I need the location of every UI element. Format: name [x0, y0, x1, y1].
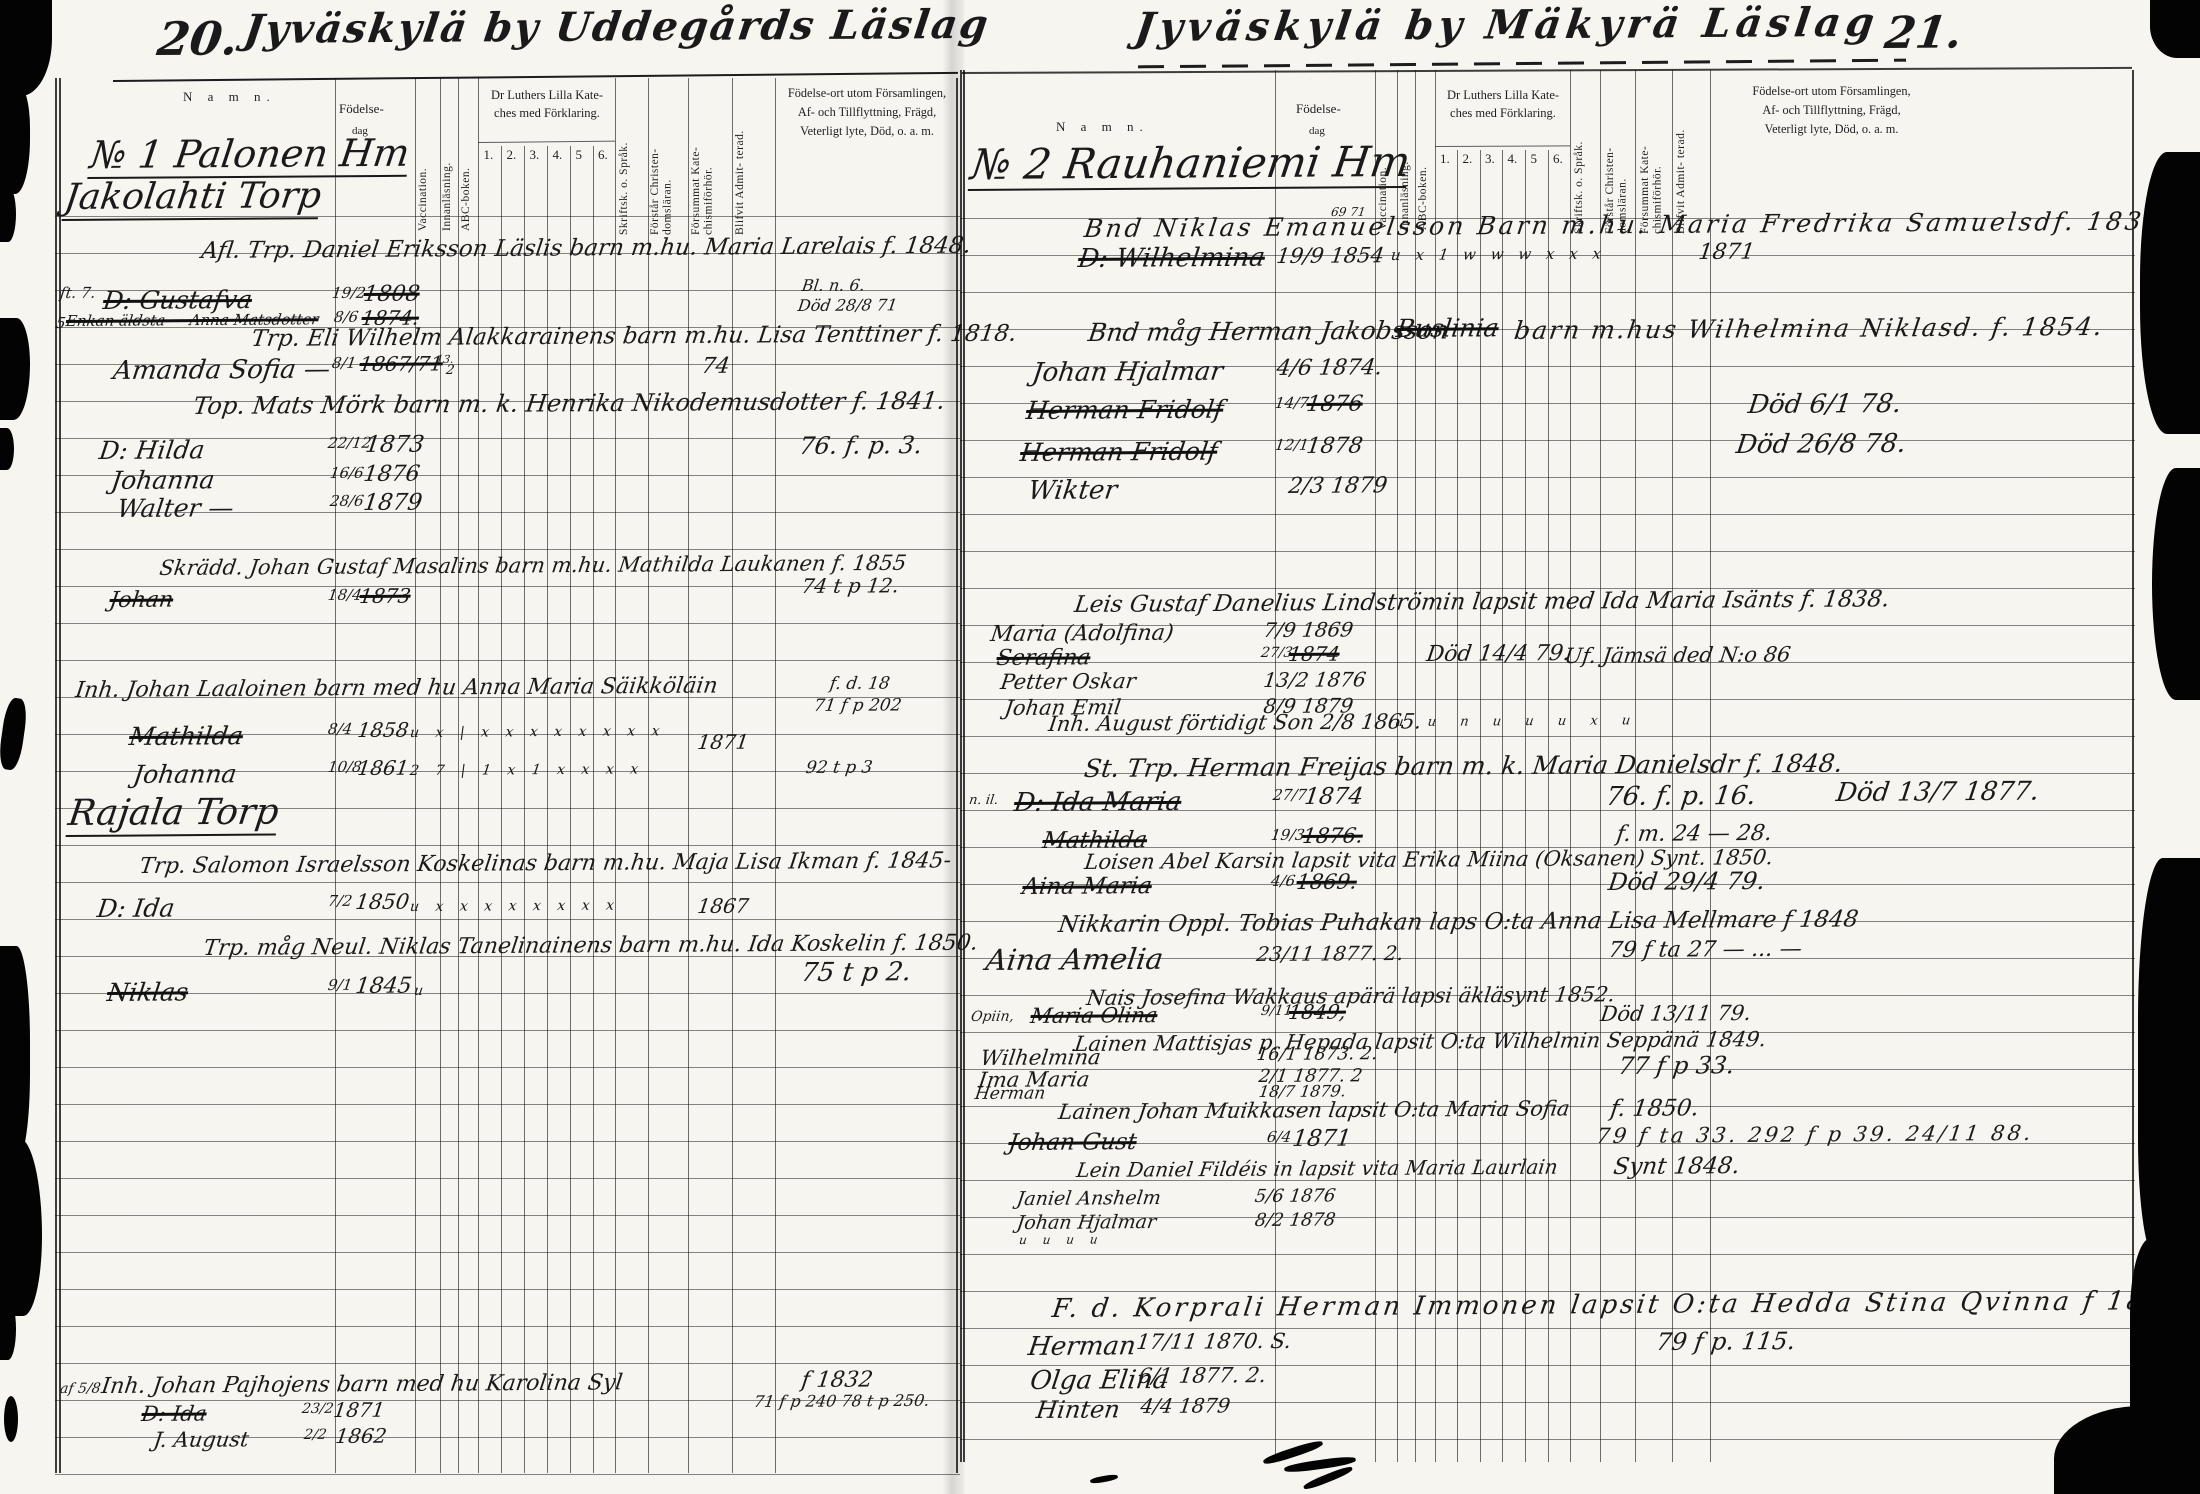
handwritten-entry: 5/6 1876 [1254, 1187, 1337, 1206]
scan-artifact [4, 1396, 18, 1442]
page-number: 20. [155, 15, 241, 62]
handwritten-entry: Top. Mats Mörk barn m. k. Henrika Nikode… [192, 389, 947, 418]
scanned-register-spread: 20. Jyväskylä by Uddegårds Läslag N a m … [0, 0, 2200, 1494]
column-header-blifvit: Blifvit Admit- terad. [734, 93, 772, 235]
handwritten-entry: Inh. Johan Pajhojens barn med hu Karolin… [100, 1372, 624, 1398]
handwritten-entry: D: Ida Maria [1013, 789, 1184, 816]
handwritten-entry: Herman Fridolf [1025, 397, 1225, 423]
handwritten-entry: Död 13/11 79. [1599, 1003, 1752, 1025]
handwritten-entry: Uf. Jämsä ded N:o 86 [1563, 644, 1792, 667]
handwritten-entry: 79 f p. 115. [1655, 1329, 1797, 1354]
handwritten-entry: 71 f p 240 78 t p 250. [753, 1393, 931, 1410]
handwritten-entry: Afl. Trp. Daniel Eriksson Läslis barn m.… [200, 235, 972, 263]
katekes-line: Dr Luthers Lilla Kate- [1436, 86, 1570, 104]
handwritten-entry: 74 [700, 356, 731, 378]
handwritten-entry: Skrädd. Johan Gustaf Masalins barn m.hu.… [158, 553, 907, 579]
handwritten-entry: Niklas [106, 979, 190, 1005]
handwritten-entry: Leis Gustaf Danelius Lindströmin lapsit … [1073, 588, 1891, 617]
page-title: Jyväskylä by Uddegårds Läslag [242, 5, 992, 50]
luthers-sub-rule [478, 141, 615, 143]
handwritten-entry: Bnd Niklas Emanuelsson Barn m.hu. Maria … [1083, 208, 2200, 241]
handwritten-entry: Johanna [132, 761, 239, 787]
scan-artifact [0, 84, 30, 194]
katekes-col-number: 5 [576, 148, 583, 163]
column-header-fodelse-dag: dag [1309, 125, 1325, 138]
handwritten-entry: 16/6 [329, 466, 365, 481]
handwritten-entry: u [413, 984, 424, 998]
handwritten-entry: 1878 [1305, 436, 1364, 458]
handwritten-entry: 2 [445, 364, 455, 377]
handwritten-entry: 76. f. p. 16. [1605, 783, 1758, 810]
grid-line [1548, 150, 1549, 1462]
handwritten-entry: Herman [974, 1086, 1047, 1103]
handwritten-entry: 4/6 [1270, 874, 1296, 889]
handwritten-entry: 19/9 1854 [1275, 245, 1385, 267]
column-header-namn: N a m n. [1056, 120, 1149, 135]
handwritten-entry: Jakolahti Torp [62, 178, 324, 221]
katekes-line: ches med Förklaring. [479, 104, 615, 122]
handwritten-entry: 1874 [1303, 786, 1365, 809]
handwritten-entry: u x x x x x x x x [409, 899, 621, 914]
column-header-forsummat: Försummat Kate- chismiförhör. [690, 93, 730, 235]
anm-line: Födelse-ort utom Församlingen, [777, 84, 957, 103]
scan-artifact [2138, 858, 2200, 1260]
grid-line [963, 70, 965, 1462]
handwritten-entry: 2/3 1879 [1287, 475, 1388, 498]
handwritten-entry: Inh. Johan Laaloinen barn med hu Anna Ma… [74, 676, 719, 702]
katekes-col-number: 1. [484, 148, 494, 163]
handwritten-entry: 16/1 1873. 2. [1256, 1045, 1379, 1064]
grid-line [1480, 150, 1481, 1462]
handwritten-entry: 1876. [1301, 826, 1364, 847]
handwritten-entry: 4/4 1879 [1139, 1395, 1231, 1416]
scan-artifact [0, 428, 14, 470]
handwritten-entry: Lein Daniel Fildéis in lapsit vita Maria… [1075, 1157, 1559, 1180]
handwritten-entry: Död 26/8 78. [1735, 431, 1908, 458]
handwritten-entry: 1871 [1697, 242, 1756, 264]
handwritten-entry: 74 t p 12. [800, 575, 900, 596]
handwritten-entry: 69 71 [1330, 206, 1366, 218]
page-title: Jyväskylä by Mäkyrä Läslag [1133, 3, 1882, 48]
handwritten-entry: D: Hilda [98, 437, 207, 463]
scan-artifact [0, 318, 30, 420]
handwritten-entry: 19/3 [1270, 828, 1306, 843]
column-header-anmarkningar: Födelse-ort utom Församlingen,Af- och Ti… [1714, 82, 1949, 139]
handwritten-entry: 9/1 [327, 978, 353, 993]
column-header-innanlasning: Innanläsning. [441, 93, 454, 231]
handwritten-entry: Trp. Salomon Israelsson Koskelinas barn … [138, 850, 952, 878]
handwritten-entry: Wikter [1027, 477, 1119, 504]
handwritten-entry: 1871 [332, 1400, 386, 1420]
scan-artifact [0, 1298, 16, 1360]
katekes-col-number: 2. [1463, 152, 1473, 167]
handwritten-entry: 1808 [362, 284, 421, 306]
katekes-col-number: 1. [1440, 152, 1450, 167]
handwritten-entry: n. il. [968, 794, 999, 807]
handwritten-entry: Petter Oskar [999, 671, 1137, 693]
handwritten-entry: 1871 [1291, 1128, 1353, 1151]
column-header-vaccination: Vaccination. [417, 93, 430, 231]
handwritten-entry: Maria Olina [1029, 1005, 1159, 1027]
handwritten-entry: Wilhelmina [979, 1047, 1102, 1069]
handwritten-entry: 1873 [364, 434, 426, 457]
handwritten-entry: af 5/8 [59, 1382, 101, 1396]
grid-line [55, 78, 57, 1473]
grid-line [1525, 150, 1526, 1462]
handwritten-entry: Herman Fridolf [1019, 439, 1219, 465]
grid-line [775, 78, 776, 1473]
handwritten-entry: Johan [108, 590, 175, 612]
handwritten-entry: 19/2 [331, 286, 367, 301]
handwritten-entry: Död 28/8 71 [797, 297, 898, 314]
column-header-namn: N a m n. [183, 90, 276, 105]
handwritten-entry: ft. 7. [59, 286, 96, 301]
handwritten-entry: D: Wilhelmina [1077, 245, 1267, 272]
handwritten-entry: u x | x x x x x x x x [409, 724, 666, 740]
handwritten-entry: Maria (Adolfina) [989, 623, 1175, 646]
handwritten-entry: 1879 [362, 492, 424, 515]
anm-line: Af- och Tillflyttning, Frägd, [1714, 101, 1949, 120]
handwritten-entry: barn m.hus Wilhelmina Niklasd. f. 1854. [1513, 314, 2106, 343]
handwritten-entry: 4/6 1874. [1275, 357, 1383, 380]
handwritten-entry: 23/2 [301, 1402, 334, 1416]
title-underline [1138, 59, 1906, 68]
column-header-fodelse: Födelse- [1296, 102, 1341, 117]
handwritten-entry: Rajala Torp [66, 795, 281, 837]
handwritten-entry: Nikkarin Oppl. Tobias Puhakan laps O:ta … [1057, 908, 1860, 937]
grid-line [732, 78, 733, 1473]
handwritten-entry: № 2 Rauhaniemi Hm [968, 141, 1413, 191]
handwritten-entry: 27/7 [1272, 788, 1308, 803]
left-page: 20. Jyväskylä by Uddegårds Läslag N a m … [55, 0, 960, 1494]
handwritten-entry: 8/2 1878 [1254, 1211, 1337, 1230]
handwritten-entry: 6/4 [1266, 1130, 1292, 1145]
handwritten-entry: 8/4 [327, 722, 353, 737]
grid-line [1457, 150, 1458, 1462]
handwritten-entry: St. Trp. Herman Freijas barn m. k. Maria… [1083, 751, 1845, 781]
handwritten-entry: f. 1850. [1609, 1097, 1700, 1121]
handwritten-entry: Trp. Eli Wilhelm Alakkarainens barn m.hu… [250, 323, 1018, 351]
handwritten-entry: 2 7 | 1 x 1 x x x x [409, 762, 645, 778]
column-header-katekes: Dr Luthers Lilla Kate-ches med Förklarin… [1436, 86, 1570, 122]
handwritten-entry: 79 f ta 33. 292 f p 39. 24/11 88. [1595, 1123, 2035, 1147]
handwritten-entry: Aina Amelia [984, 945, 1165, 975]
column-header-abc: ABC-boken. [1417, 92, 1430, 230]
anm-line: Af- och Tillflyttning, Frägd, [777, 103, 957, 122]
handwritten-entry: Lainen Johan Muikkasen lapsit O:ta Maria… [1057, 1098, 1571, 1123]
handwritten-entry: Walter — [116, 495, 236, 521]
handwritten-entry: Johanna [110, 467, 217, 493]
handwritten-entry: 23/11 1877. 2. [1255, 943, 1405, 964]
scan-artifact [0, 697, 29, 771]
page-number: 21. [1882, 11, 1965, 56]
scan-artifact [0, 946, 30, 1158]
handwritten-entry: 92 t p 3 [805, 760, 874, 777]
handwritten-entry: 1869. [1295, 872, 1358, 893]
scan-artifact [0, 1138, 42, 1316]
katekes-col-number: 5 [1531, 152, 1538, 167]
handwritten-entry: Johan Hjalmar [1015, 1213, 1157, 1233]
handwritten-entry: D: Gustafva [102, 287, 254, 313]
handwritten-entry: 1861 [356, 758, 410, 778]
scan-artifact [2152, 468, 2200, 700]
katekes-line: ches med Förklaring. [1436, 104, 1570, 122]
handwritten-entry: 28/6 [329, 494, 365, 509]
handwritten-entry: 13/2 1876 [1262, 669, 1367, 690]
handwritten-entry: 75 t p 2. [800, 959, 913, 986]
anm-line: Veterligt lyte, Död, o. a. m. [777, 122, 957, 141]
column-header-forstar: Förstår Christen- domsläran. [649, 93, 685, 235]
handwritten-entry: 6/1 1877. 2. [1137, 1365, 1267, 1387]
handwritten-entry: 1862 [334, 1426, 388, 1446]
handwritten-entry: f. d. 18 [829, 676, 891, 693]
handwritten-entry: 17/11 1870. S. [1135, 1331, 1292, 1353]
katekes-col-number: 4. [553, 148, 563, 163]
column-header-skriftskola: Skriftsk. o. Språk. [618, 93, 631, 235]
header-top-rule [113, 72, 958, 82]
handwritten-entry: Johan Hjalmar [1031, 359, 1225, 386]
handwritten-entry: Bl. n. 6. [801, 278, 866, 294]
handwritten-entry: Mathilda [128, 723, 245, 749]
handwritten-entry: u u n u u u x u [1394, 714, 1641, 729]
handwritten-entry: 1845 [354, 976, 413, 998]
handwritten-entry: Död 29/4 79. [1607, 869, 1767, 894]
handwritten-entry: Död 13/7 1877. [1835, 779, 2041, 806]
handwritten-entry: J. August [152, 1429, 250, 1451]
katekes-col-number: 4. [1508, 152, 1518, 167]
handwritten-entry: Nais Josefina Wakkaus apärä lapsi äkläsy… [1085, 984, 1616, 1009]
handwritten-entry: 1849, [1287, 1002, 1347, 1022]
column-header-anmarkningar: Födelse-ort utom Församlingen,Af- och Ti… [777, 84, 957, 141]
scan-artifact [0, 186, 16, 242]
handwritten-entry: D: Ida [140, 1404, 208, 1425]
handwritten-entry: Herman [1027, 1333, 1138, 1360]
right-page: 21. Jyväskylä by Mäkyrä Läslag N a m n.F… [960, 0, 2135, 1494]
handwritten-entry: Johan Gust [1007, 1131, 1138, 1155]
handwritten-entry: 1858 [356, 720, 410, 740]
handwritten-entry: Död 6/1 78. [1747, 391, 1903, 418]
scan-artifact [2140, 152, 2200, 434]
handwritten-entry: Aina Maria [1021, 875, 1153, 899]
anm-line: Födelse-ort utom Församlingen, [1714, 82, 1949, 101]
handwritten-entry: 8/1 [331, 356, 357, 371]
handwritten-entry: 18/4 [327, 588, 363, 603]
anm-line: Veterligt lyte, Död, o. a. m. [1714, 120, 1949, 139]
katekes-line: Dr Luthers Lilla Kate- [479, 86, 615, 104]
handwritten-entry: 1874 [1287, 644, 1341, 664]
handwritten-entry: 7/2 [327, 894, 353, 909]
handwritten-entry: Inh. August förtidigt Son 2/8 1865. [1047, 711, 1423, 735]
luthers-sub-rule [1435, 145, 1570, 147]
handwritten-entry: 79 f ta 27 — ... — [1607, 939, 1803, 962]
grid-line [1502, 150, 1503, 1462]
grid-line [960, 70, 962, 1462]
grid-line [648, 78, 649, 1473]
handwritten-entry: Opiin, [970, 1010, 1015, 1024]
handwritten-entry: 14/7 [1274, 396, 1310, 411]
scan-artifact [2150, 0, 2200, 58]
katekes-col-number: 3. [530, 148, 540, 163]
handwritten-entry: Hinten [1035, 1397, 1122, 1422]
grid-line [2132, 70, 2134, 1462]
handwritten-entry: Trp. måg Neul. Niklas Tanelinainens barn… [202, 933, 979, 960]
handwritten-entry: f 1832 [800, 1370, 874, 1392]
handwritten-entry: 77 f p 33. [1617, 1053, 1736, 1078]
header-top-rule [962, 67, 2132, 74]
handwritten-entry: 1867/71 [358, 353, 444, 374]
handwritten-entry: Buslinia [1395, 315, 1501, 341]
grid-line [688, 78, 689, 1473]
handwritten-entry: 1850 [354, 892, 410, 913]
column-header-fodelse: Födelse- [339, 102, 384, 117]
handwritten-entry: 8/6 [333, 310, 359, 325]
katekes-col-number: 6. [1553, 152, 1563, 167]
handwritten-entry: F. d. Korprali Herman Immonen lapsit O:t… [1051, 1288, 2188, 1322]
handwritten-entry: 1876 [362, 464, 421, 486]
handwritten-entry: Janiel Anshelm [1015, 1189, 1162, 1209]
handwritten-entry: 1871 [696, 732, 750, 752]
handwritten-entry: 76. f. p. 3. [798, 433, 924, 458]
handwritten-entry: 2/2 [303, 1428, 327, 1442]
handwritten-entry: 7/9 1869 [1262, 619, 1354, 640]
handwritten-entry: 1876 [1305, 394, 1364, 416]
handwritten-entry: u x 1 w w w x x x [1390, 247, 1607, 263]
column-header-katekes: Dr Luthers Lilla Kate-ches med Förklarin… [479, 86, 615, 122]
handwritten-entry: Serafina [995, 647, 1092, 670]
katekes-col-number: 2. [507, 148, 517, 163]
handwritten-entry: 1873 [358, 586, 412, 606]
handwritten-entry: Amanda Sofia — [112, 356, 332, 384]
handwritten-entry: 71 f p 202 [813, 697, 903, 715]
katekes-col-number: 6. [598, 148, 608, 163]
katekes-col-number: 3. [1485, 152, 1495, 167]
handwritten-entry: № 1 Palonen Hm [87, 134, 412, 179]
handwritten-entry: u u u u [1018, 1233, 1104, 1246]
handwritten-entry: D: Ida [96, 895, 177, 921]
handwritten-entry: 12/1 [1274, 438, 1310, 453]
handwritten-entry: Synt 1848. [1612, 1155, 1741, 1179]
column-header-abc: ABC-boken. [460, 93, 473, 231]
handwritten-entry: Död 14/4 79. [1425, 643, 1571, 666]
handwritten-entry: 1867 [696, 896, 750, 916]
handwritten-entry: f. m. 24 — 28. [1615, 823, 1773, 846]
